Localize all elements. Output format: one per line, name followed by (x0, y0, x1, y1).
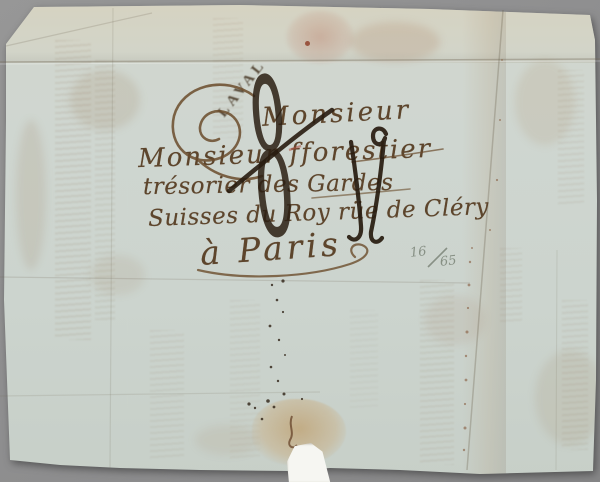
ink-specks (247, 279, 303, 420)
red-offset-mark (289, 146, 301, 150)
rate-mark-11 (349, 129, 386, 242)
seal-residue-squiggle (289, 416, 297, 447)
accounting-fraction-slash (428, 248, 447, 267)
rate-mark-8: 8 (240, 31, 302, 288)
ink-marks: 8 (0, 0, 600, 482)
word-flourishes (198, 149, 443, 276)
photo-background: Monsieur Monsieur fforestier trésorier d… (0, 0, 600, 482)
